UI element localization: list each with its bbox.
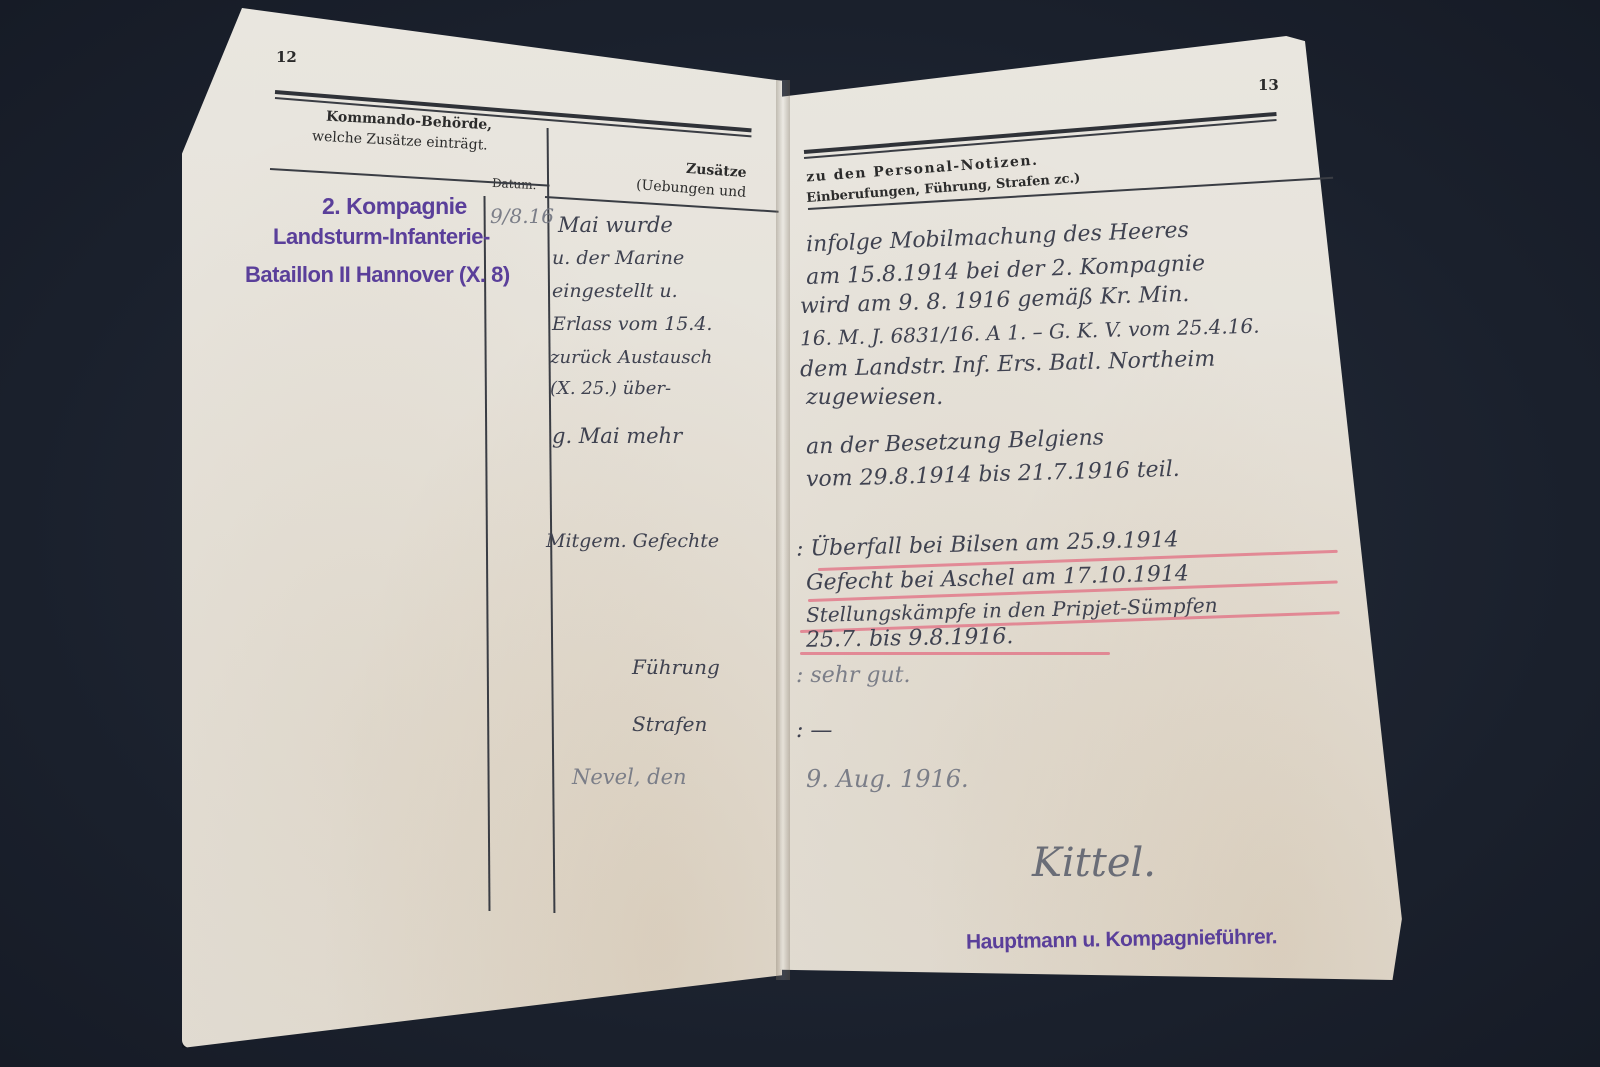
zusaetze-line: eingestellt u. xyxy=(552,280,678,302)
zusaetze-label-strafen: Strafen xyxy=(632,712,707,736)
stamp-landsturm: Landsturm-Infanterie- xyxy=(273,224,490,250)
zusaetze-line: (X. 25.) über- xyxy=(550,378,671,399)
zusaetze-line: Mai wurde xyxy=(558,213,673,237)
place-nevel: Nevel, den xyxy=(572,765,687,789)
military-passbook-spread: 12 Kommando-Behörde, welche Zusätze eint… xyxy=(0,0,1600,1067)
zusaetze-line: u. der Marine xyxy=(552,247,684,269)
stamp-bataillon: Bataillon II Hannover (X. 8) xyxy=(245,262,510,288)
zusaetze-label-gefechte: Mitgem. Gefechte xyxy=(546,530,719,552)
battle-pripjet-dates: 25.7. bis 9.8.1916. xyxy=(806,624,1014,653)
stamp-kompagnie: 2. Kompagnie xyxy=(322,193,467,220)
signature-kittel: Kittel. xyxy=(1032,840,1156,886)
zusaetze-line: Erlass vom 15.4. xyxy=(552,313,712,335)
fuehrung-value: : sehr gut. xyxy=(796,663,910,688)
page-number-right: 13 xyxy=(1258,76,1279,94)
date-entry: 9/8.16 xyxy=(490,204,554,228)
date-9-aug-1916: 9. Aug. 1916. xyxy=(806,765,969,793)
red-underline xyxy=(800,652,1110,655)
zusaetze-line: g. Mai mehr xyxy=(552,424,682,448)
page-number-left: 12 xyxy=(276,48,297,66)
book-gutter xyxy=(776,80,790,980)
zusaetze-label-fuehrung: Führung xyxy=(632,655,720,679)
zusaetze-line: zurück Austausch xyxy=(550,347,712,368)
strafen-value: : — xyxy=(796,718,832,743)
entry-line: zugewiesen. xyxy=(806,385,943,410)
